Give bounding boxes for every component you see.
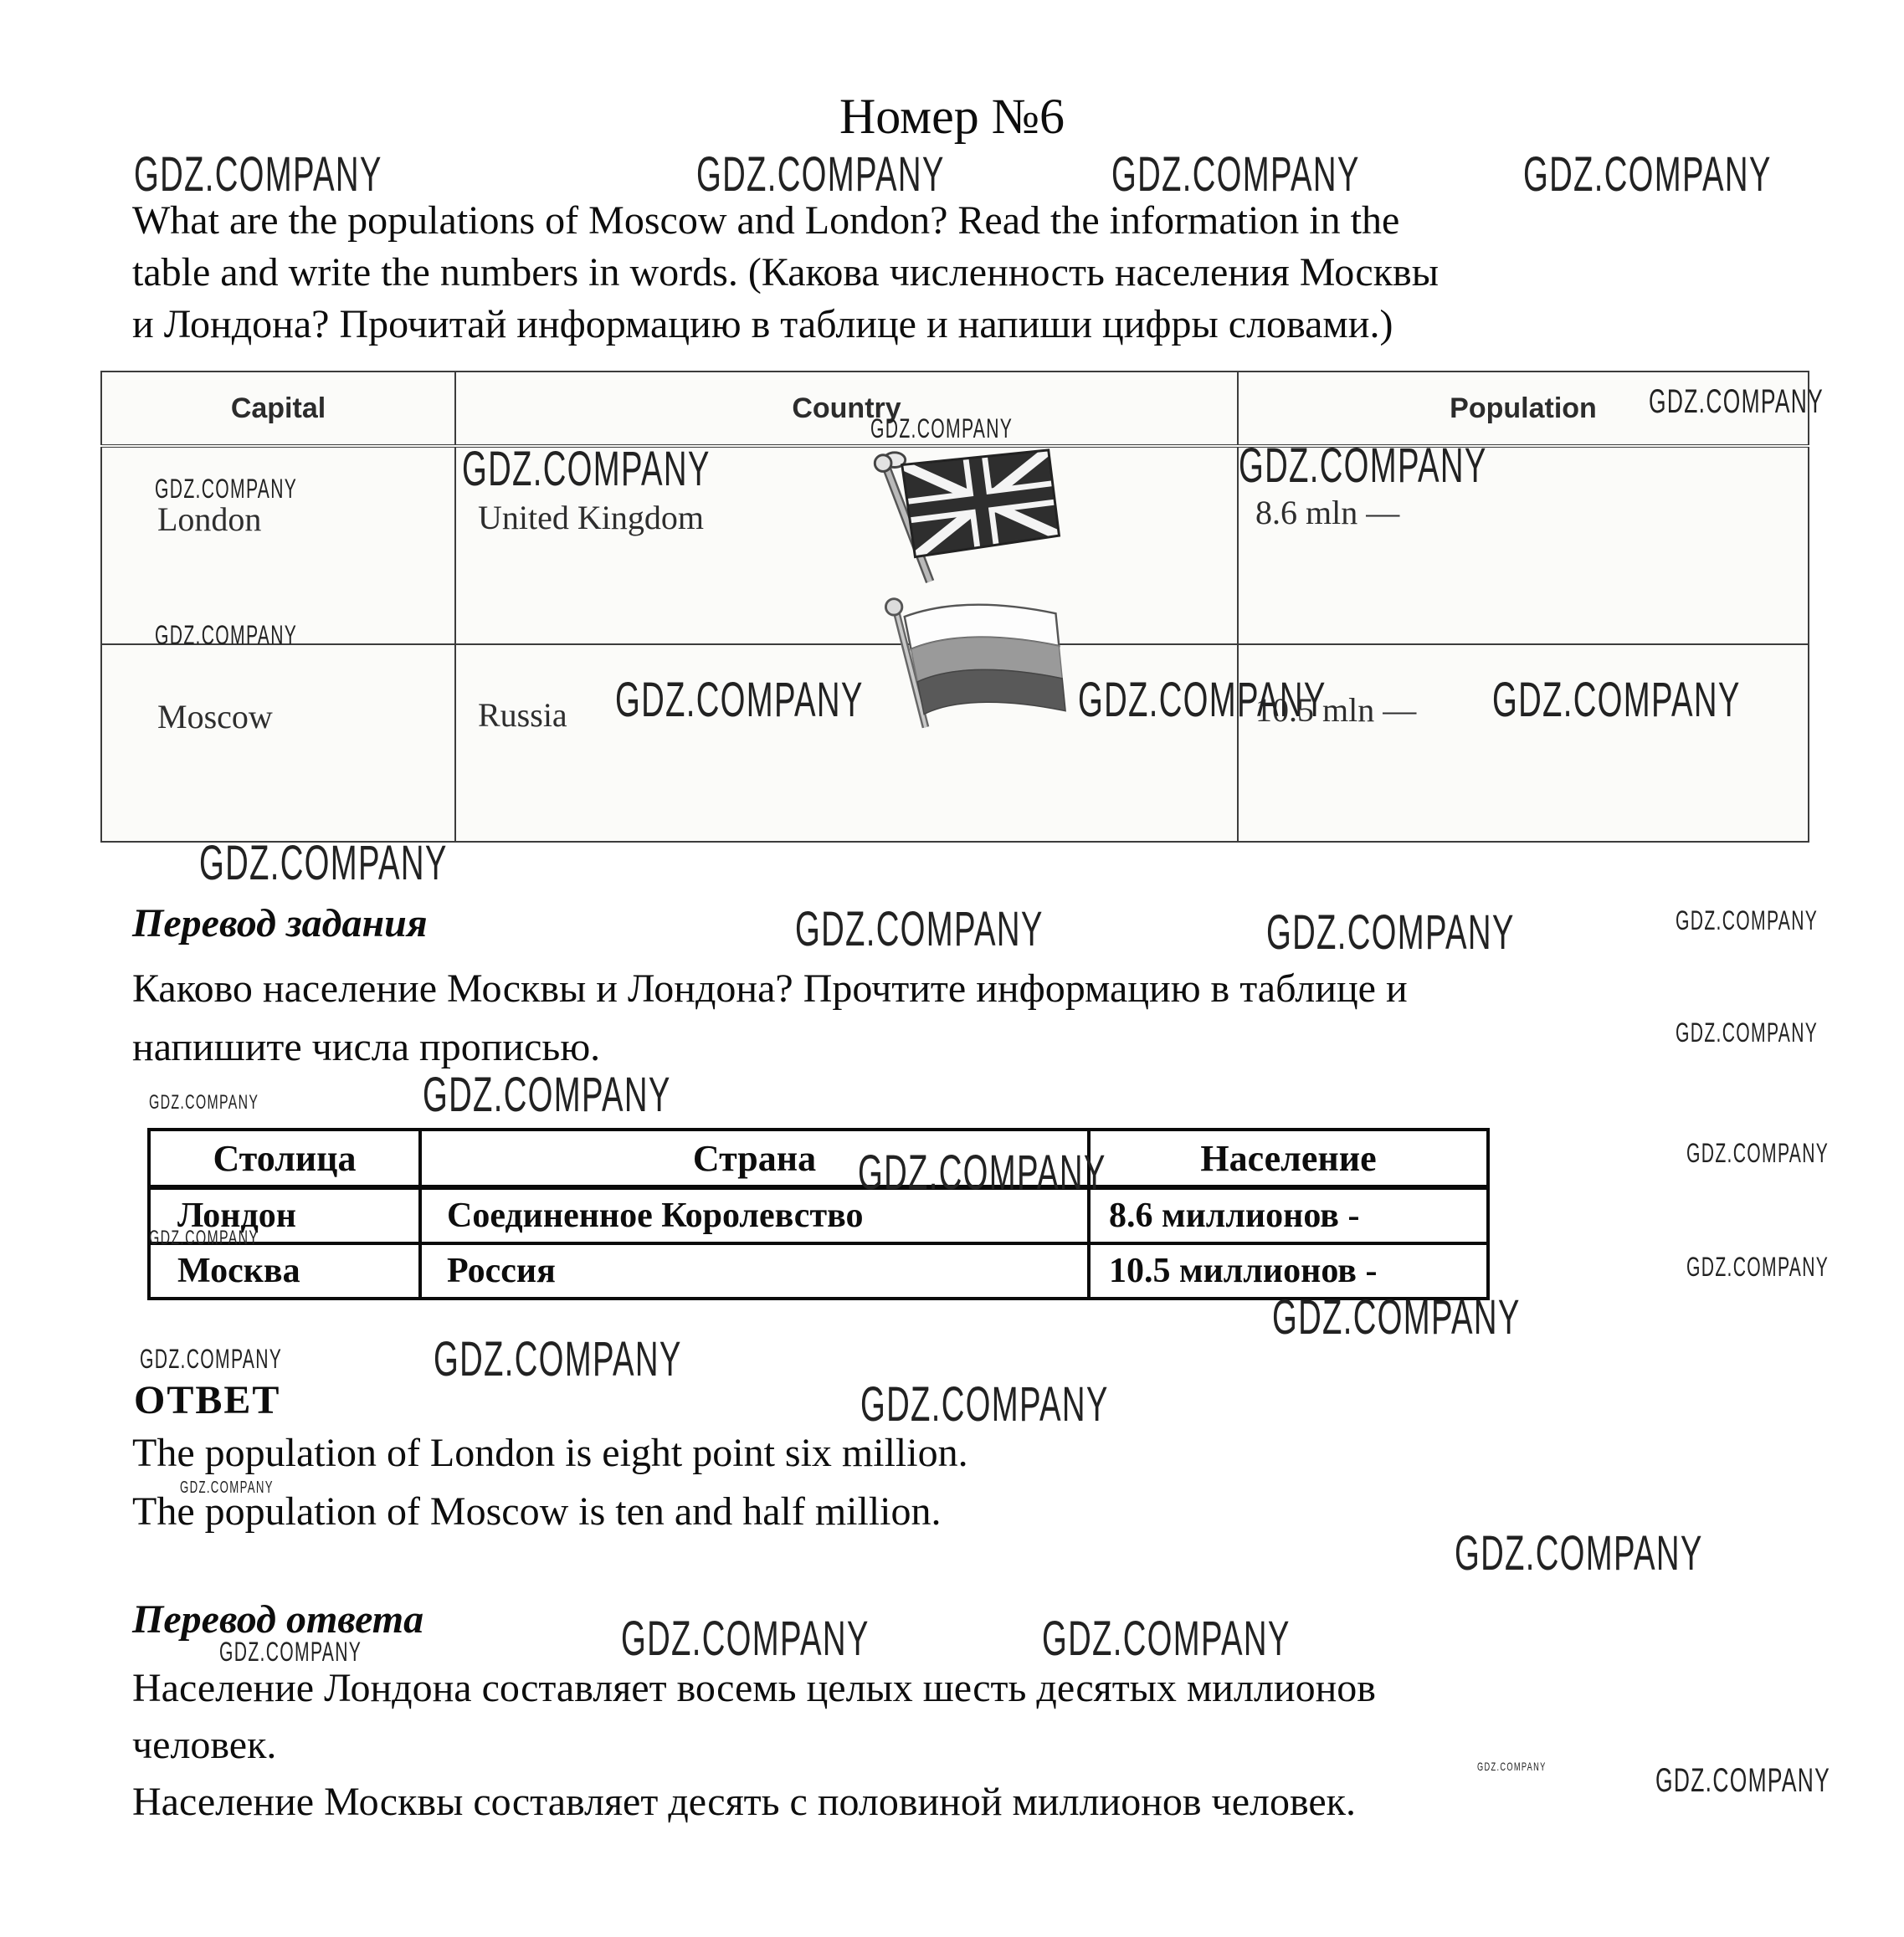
cell-capital: Москва [149, 1243, 420, 1299]
gdz-watermark: GDZ.COMPANY [219, 1638, 362, 1665]
gdz-watermark: GDZ.COMPANY [1686, 1140, 1829, 1166]
russia-flag-icon [862, 589, 1075, 731]
gdz-watermark: GDZ.COMPANY [1078, 676, 1327, 725]
gdz-watermark: GDZ.COMPANY [155, 475, 297, 502]
gdz-watermark: GDZ.COMPANY [1477, 1760, 1547, 1772]
header-capital-ru: Столица [149, 1130, 420, 1187]
gdz-watermark: GDZ.COMPANY [696, 151, 945, 199]
gdz-watermark: GDZ.COMPANY [615, 676, 864, 725]
cell-country: Россия [420, 1243, 1089, 1299]
gdz-watermark: GDZ.COMPANY [140, 1345, 282, 1372]
gdz-watermark: GDZ.COMPANY [795, 905, 1044, 954]
answer-heading: ОТВЕТ [134, 1379, 280, 1423]
gdz-watermark: GDZ.COMPANY [1455, 1530, 1703, 1578]
gdz-watermark: GDZ.COMPANY [149, 1228, 259, 1248]
gdz-watermark: GDZ.COMPANY [199, 839, 448, 888]
header-capital: Capital [101, 372, 455, 446]
answer-line-1: The population of London is eight point … [132, 1429, 968, 1478]
gdz-watermark: GDZ.COMPANY [870, 415, 1013, 442]
answer-translation-text: Население Лондона составляет восемь целы… [132, 1660, 1789, 1831]
task-translation-heading: Перевод задания [132, 902, 428, 946]
cell-capital: Moscow [101, 644, 455, 842]
gdz-watermark: GDZ.COMPANY [1655, 1764, 1830, 1797]
gdz-watermark: GDZ.COMPANY [149, 1093, 259, 1113]
gdz-watermark: GDZ.COMPANY [1676, 1019, 1818, 1046]
gdz-watermark: GDZ.COMPANY [1042, 1615, 1291, 1663]
gdz-watermark: GDZ.COMPANY [1266, 909, 1515, 957]
gdz-watermark: GDZ.COMPANY [180, 1479, 274, 1496]
gdz-watermark: GDZ.COMPANY [134, 151, 382, 199]
gdz-watermark: GDZ.COMPANY [1492, 676, 1741, 725]
gdz-watermark: GDZ.COMPANY [155, 622, 297, 648]
cell-population: 8.6 миллионов - [1089, 1187, 1488, 1243]
page-title: Номер №6 [0, 90, 1904, 143]
task-translation-text: Каково население Москвы и Лондона? Прочт… [132, 960, 1773, 1077]
answer-translation-heading: Перевод ответа [132, 1598, 423, 1642]
header-population-ru: Население [1089, 1130, 1488, 1187]
gdz-watermark: GDZ.COMPANY [1111, 151, 1360, 199]
gdz-watermark: GDZ.COMPANY [423, 1071, 671, 1120]
gdz-answer-page: Номер №6 GDZ.COMPANY GDZ.COMPANY GDZ.COM… [0, 0, 1904, 1937]
gdz-watermark: GDZ.COMPANY [1686, 1253, 1829, 1280]
gdz-watermark: GDZ.COMPANY [621, 1615, 870, 1663]
header-country: Country [455, 372, 1238, 446]
gdz-watermark: GDZ.COMPANY [1272, 1294, 1521, 1342]
gdz-watermark: GDZ.COMPANY [1676, 907, 1818, 934]
gdz-watermark: GDZ.COMPANY [462, 445, 711, 494]
gdz-watermark: GDZ.COMPANY [1649, 385, 1824, 418]
population-table-ru: Столица Страна Население Лондон Соединен… [147, 1128, 1490, 1300]
table-header-row: Столица Страна Население [149, 1130, 1488, 1187]
uk-flag-icon [855, 443, 1069, 587]
table-row-london-ru: Лондон Соединенное Королевство 8.6 милли… [149, 1187, 1488, 1243]
gdz-watermark: GDZ.COMPANY [1523, 151, 1772, 199]
gdz-watermark: GDZ.COMPANY [858, 1149, 1106, 1197]
task-text: What are the populations of Moscow and L… [132, 195, 1739, 351]
gdz-watermark: GDZ.COMPANY [1239, 442, 1487, 490]
gdz-watermark: GDZ.COMPANY [434, 1335, 682, 1384]
gdz-watermark: GDZ.COMPANY [860, 1381, 1109, 1429]
